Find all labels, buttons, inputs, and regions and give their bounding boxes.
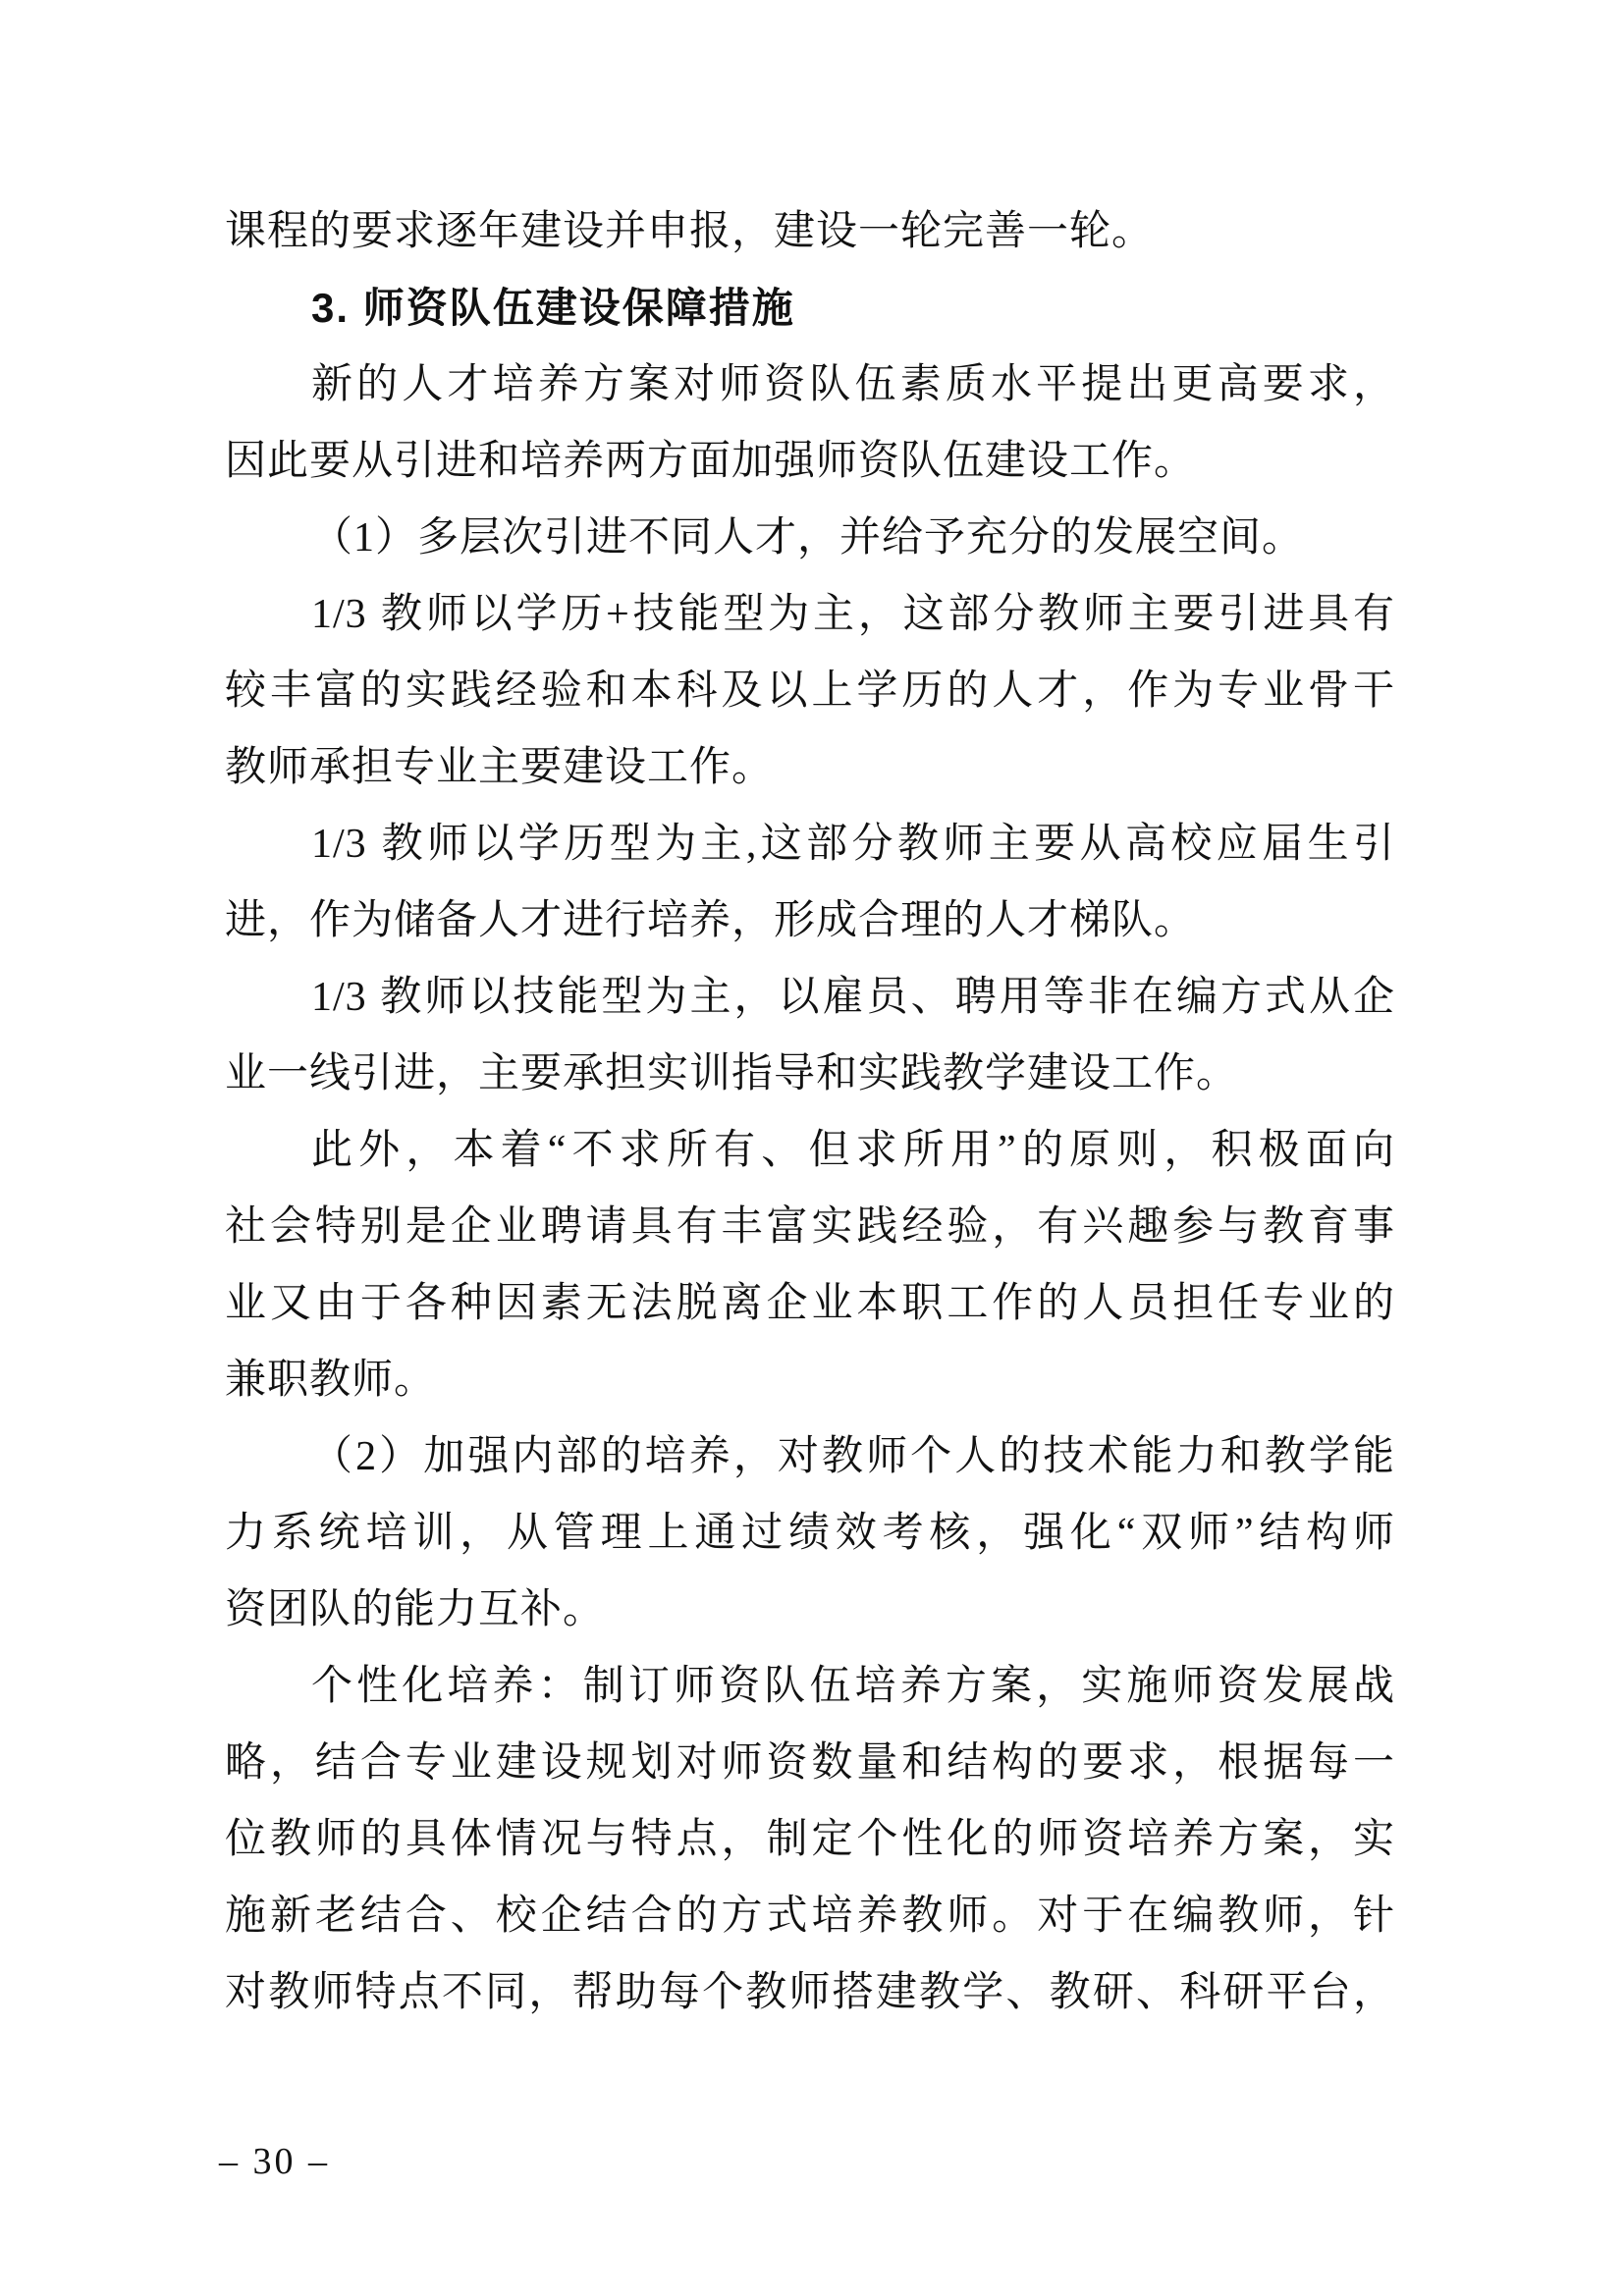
document-line: 业一线引进，主要承担实训指导和实践教学建设工作。 [225, 1036, 1395, 1112]
document-line: 个性化培养：制订师资队伍培养方案，实施师资发展战 [225, 1648, 1395, 1725]
document-line: 因此要从引进和培养两方面加强师资队伍建设工作。 [225, 423, 1395, 500]
document-line: 1/3 教师以技能型为主，以雇员、聘用等非在编方式从企 [225, 959, 1395, 1036]
document-line: 此外，本着“不求所有、但求所用”的原则，积极面向 [225, 1112, 1395, 1189]
document-line: 兼职教师。 [225, 1342, 1395, 1418]
document-line: 力系统培训，从管理上通过绩效考核，强化“双师”结构师 [225, 1495, 1395, 1572]
document-line: 位教师的具体情况与特点，制定个性化的师资培养方案，实 [225, 1801, 1395, 1878]
document-line: （1）多层次引进不同人才，并给予充分的发展空间。 [225, 500, 1395, 576]
document-line: 1/3 教师以学历+技能型为主，这部分教师主要引进具有 [225, 576, 1395, 653]
document-line: 新的人才培养方案对师资队伍素质水平提出更高要求， [225, 347, 1395, 423]
document-line: 资团队的能力互补。 [225, 1572, 1395, 1648]
page-number: – 30 – [219, 2140, 330, 2183]
document-line: 较丰富的实践经验和本科及以上学历的人才，作为专业骨干 [225, 653, 1395, 729]
document-line: 进，作为储备人才进行培养，形成合理的人才梯队。 [225, 882, 1395, 959]
document-line: 课程的要求逐年建设并申报，建设一轮完善一轮。 [225, 193, 1395, 270]
document-line: 1/3 教师以学历型为主,这部分教师主要从高校应届生引 [225, 806, 1395, 882]
document-line: 对教师特点不同，帮助每个教师搭建教学、教研、科研平台， [225, 1954, 1395, 2031]
document-line: 略，结合专业建设规划对师资数量和结构的要求，根据每一 [225, 1725, 1395, 1801]
document-line: （2）加强内部的培养，对教师个人的技术能力和教学能 [225, 1418, 1395, 1495]
document-body: 课程的要求逐年建设并申报，建设一轮完善一轮。 3. 师资队伍建设保障措施 新的人… [225, 193, 1395, 2031]
section-heading: 3. 师资队伍建设保障措施 [225, 270, 1395, 347]
document-line: 社会特别是企业聘请具有丰富实践经验，有兴趣参与教育事 [225, 1189, 1395, 1265]
document-line: 施新老结合、校企结合的方式培养教师。对于在编教师，针 [225, 1878, 1395, 1954]
document-line: 业又由于各种因素无法脱离企业本职工作的人员担任专业的 [225, 1265, 1395, 1342]
document-line: 教师承担专业主要建设工作。 [225, 729, 1395, 806]
document-page: 课程的要求逐年建设并申报，建设一轮完善一轮。 3. 师资队伍建设保障措施 新的人… [0, 0, 1624, 2296]
